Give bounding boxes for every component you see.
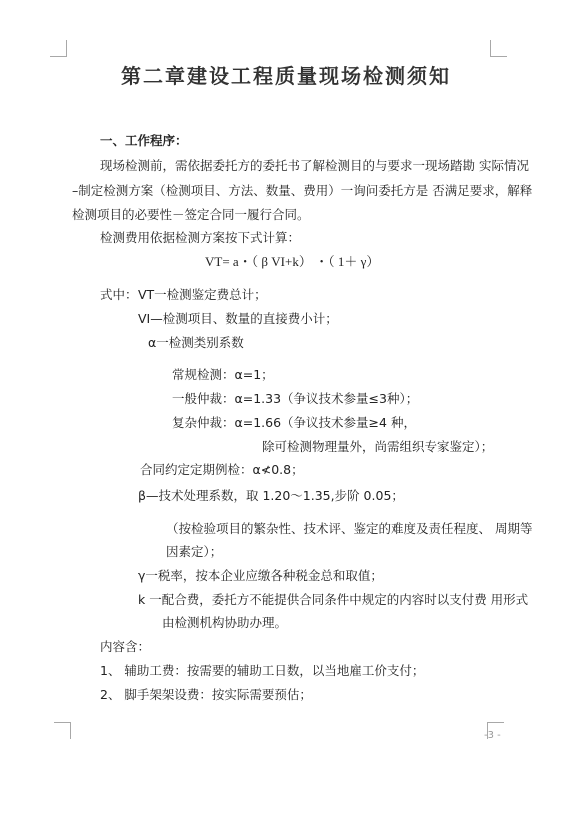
definition-k: k 一配合费，委托方不能提供合同条件中规定的内容时以支付费 用形式 [138,590,528,608]
formula-intro: 检测费用依据检测方案按下式计算： [100,228,300,246]
formula: VT= a・（ β VI+k） ・（ 1＋ γ） [205,251,379,270]
crop-mark-top-right [490,40,507,57]
crop-mark-top-left [50,40,67,57]
section-heading: 一、工作程序： [100,131,188,149]
contents-item: 1、 辅助工费：按需要的辅助工日数，以当地雇工价支付； [100,661,424,679]
alpha-item: 常规检测：α=1； [172,365,274,383]
contents-label: 内容含： [100,637,150,655]
definition-vt: VT一检测鉴定费总计； [138,285,267,303]
definition-alpha: α一检测类别系数 [148,333,244,351]
beta-note: （按检验项目的繁杂性、技术评、鉴定的难度及责任程度、 周期等 [166,519,532,537]
paragraph-line: 检测项目的必要性－签定合同一履行合同。 [72,205,310,223]
paragraph-line: –制定检测方案（检测项目、方法、数量、费用）一询问委托方是 否满足要求，解释 [72,181,532,199]
contents-item: 2、 脚手架架设费：按实际需要预估； [100,685,312,703]
definition-gamma: γ一税率，按本企业应缴各种税金总和取值； [138,566,383,584]
page-number: -3 - [484,730,501,741]
alpha-item-continued: 除可检测物理量外，尚需组织专家鉴定）； [262,437,493,455]
paragraph-line: 现场检测前，需依据委托方的委托书了解检测目的与要求一现场踏勘 实际情况 [100,156,529,174]
crop-mark-bottom-left [54,722,71,739]
alpha-item: 合同约定定期例检：α≮0.8； [140,460,304,478]
document-title: 第二章建设工程质量现场检测须知 [0,60,572,89]
definition-k-continued: 由检测机构协助办理。 [162,613,287,631]
definition-vi: VI—检测项目、数量的直接费小计； [138,309,338,327]
alpha-item: 复杂仲裁：α=1.66（争议技术参量≥4 种， [172,413,416,431]
beta-note: 因素定）； [166,542,222,560]
where-label: 式中： [100,285,138,303]
alpha-item: 一般仲裁：α=1.33（争议技术参量≤3种）； [172,389,418,407]
definition-beta: β—技术处理系数，取 1.20～1.35,步阶 0.05； [138,486,404,504]
